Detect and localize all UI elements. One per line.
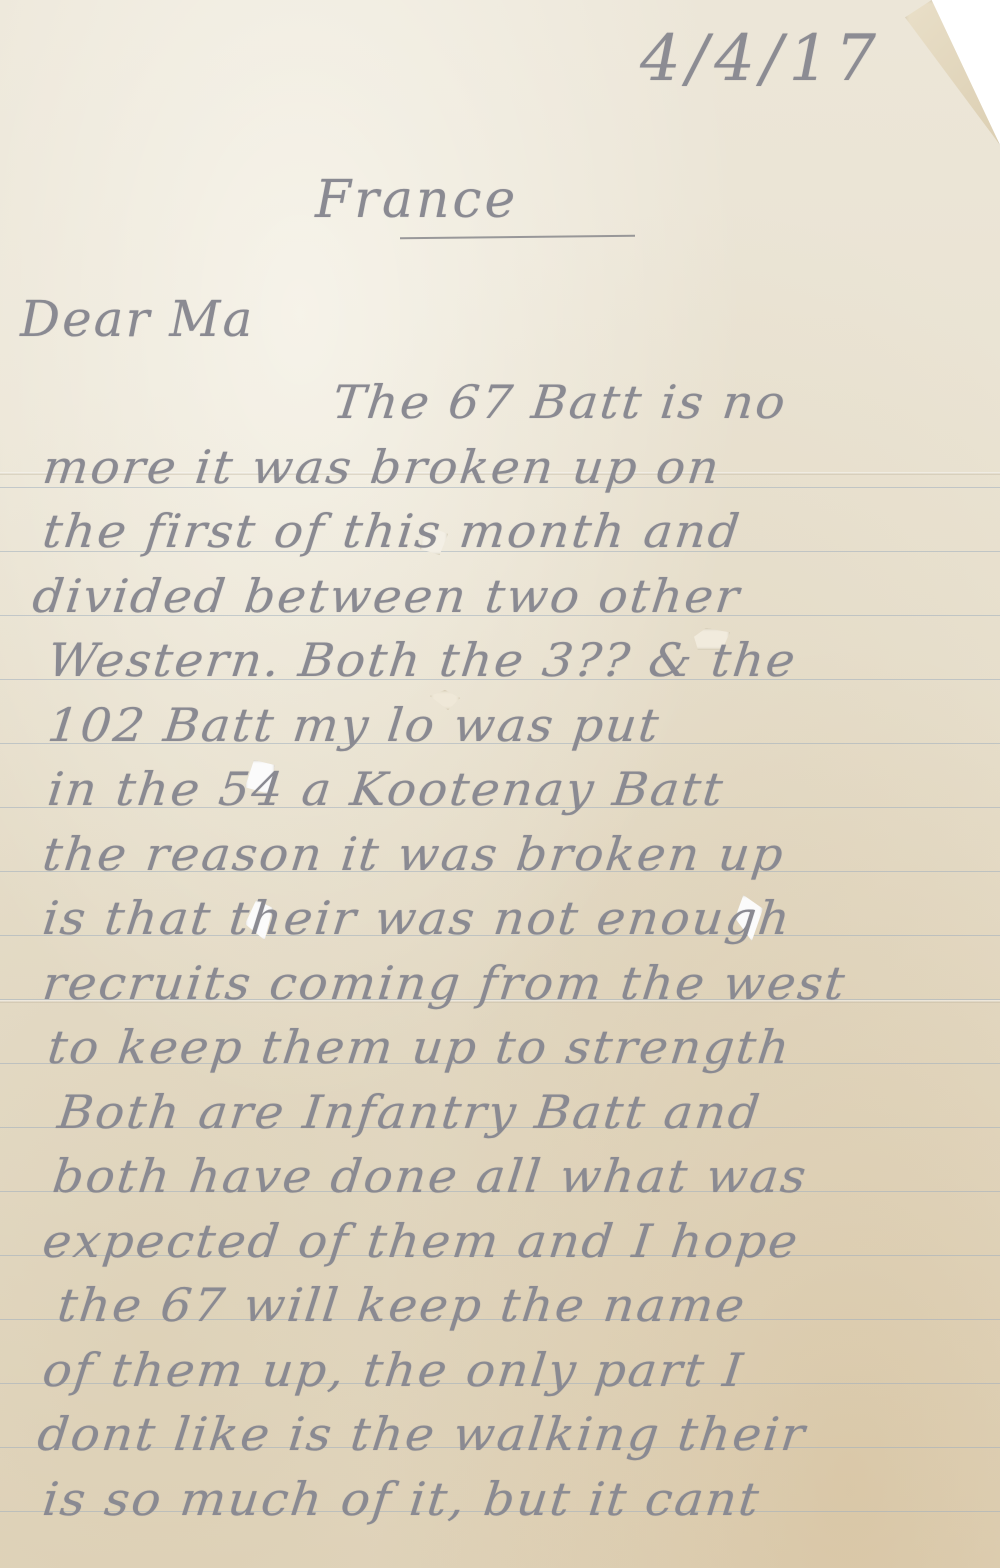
heading-underline bbox=[400, 235, 635, 239]
letter-body-line: is that their was not enough bbox=[40, 891, 795, 945]
letter-body-line: the reason it was broken up bbox=[40, 827, 788, 881]
letter-body-line: recruits coming from the west bbox=[40, 956, 849, 1010]
letter-body-line: Western. Both the 3?? & the bbox=[45, 633, 800, 687]
letter-body-line: in the 54 a Kootenay Batt bbox=[45, 762, 727, 816]
letter-body-line: both have done all what was bbox=[50, 1149, 811, 1203]
letter-salutation: Dear Ma bbox=[20, 290, 254, 348]
letter-body-line: the first of this month and bbox=[40, 504, 744, 558]
letter-place-heading: France bbox=[315, 170, 518, 230]
letter-body-line: expected of them and I hope bbox=[40, 1214, 802, 1268]
letter-body-line: dont like is the walking their bbox=[35, 1407, 809, 1461]
letter-body-line: of them up, the only part I bbox=[40, 1343, 747, 1397]
letter-body-line: is so much of it, but it cant bbox=[40, 1472, 763, 1526]
letter-body-line: the 67 will keep the name bbox=[55, 1278, 749, 1332]
letter-body-line: Both are Infantry Batt and bbox=[55, 1085, 764, 1139]
letter-body-line: to keep them up to strength bbox=[45, 1020, 794, 1074]
letter-body-line: more it was broken up on bbox=[40, 440, 724, 494]
letter-body-line: divided between two other bbox=[30, 569, 744, 623]
letter-body-line: 102 Batt my lo was put bbox=[45, 698, 663, 752]
letter-page: 4/4/17 France Dear Ma The 67 Batt is nom… bbox=[0, 0, 1000, 1568]
letter-body-line: The 67 Batt is no bbox=[330, 375, 790, 429]
letter-date: 4/4/17 bbox=[640, 22, 882, 96]
